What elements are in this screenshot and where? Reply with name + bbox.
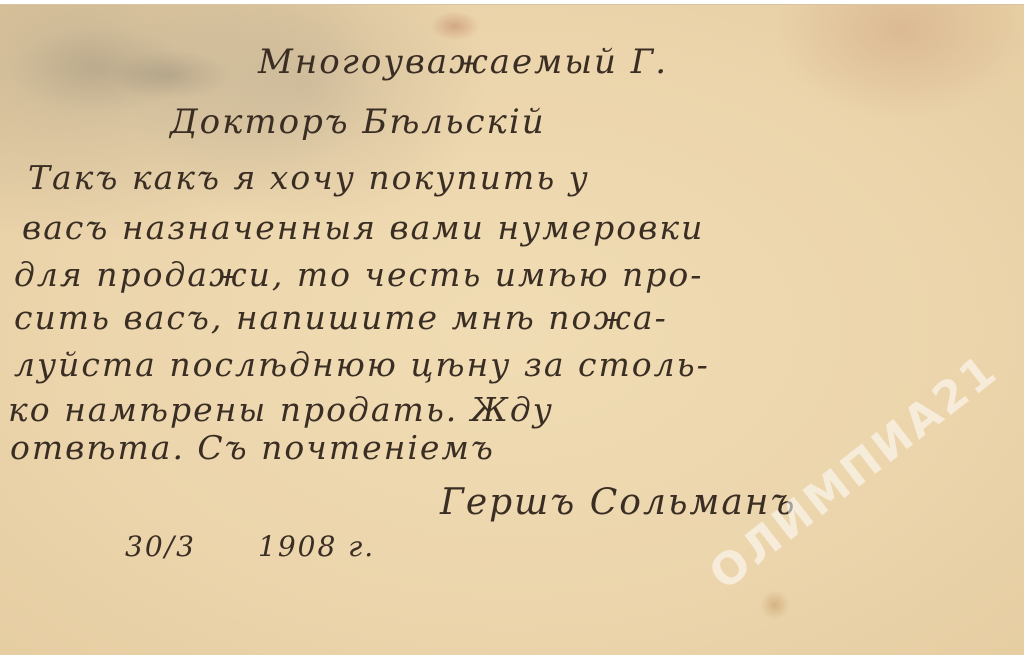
body-line-3: для продажи, то честь имѣю про- [14,255,703,294]
salutation-line-1: Многоуважаемый Г. [258,42,668,82]
date-day-month: 30/3 [125,530,196,563]
body-line-2: васъ назначенныя вами нумеровки [22,208,704,247]
body-line-5: луйста послѣднюю цѣну за столь- [14,345,710,384]
paper-stain [110,50,230,100]
salutation-line-2: Докторъ Бѣльскій [170,102,546,142]
body-line-1: Такъ какъ я хочу покупить у [28,158,590,197]
paper-stain [760,590,790,620]
body-line-7: отвѣта. Съ почтеніемъ [10,428,495,467]
date-year: 1908 г. [258,530,375,563]
paper-stain [10,25,190,115]
body-line-6: ко намѣрены продать. Жду [8,390,554,429]
body-line-4: сить васъ, напишите мнѣ пожа- [14,298,668,337]
paper-stain [430,11,480,41]
signature: Гершъ Сольманъ [440,482,796,523]
